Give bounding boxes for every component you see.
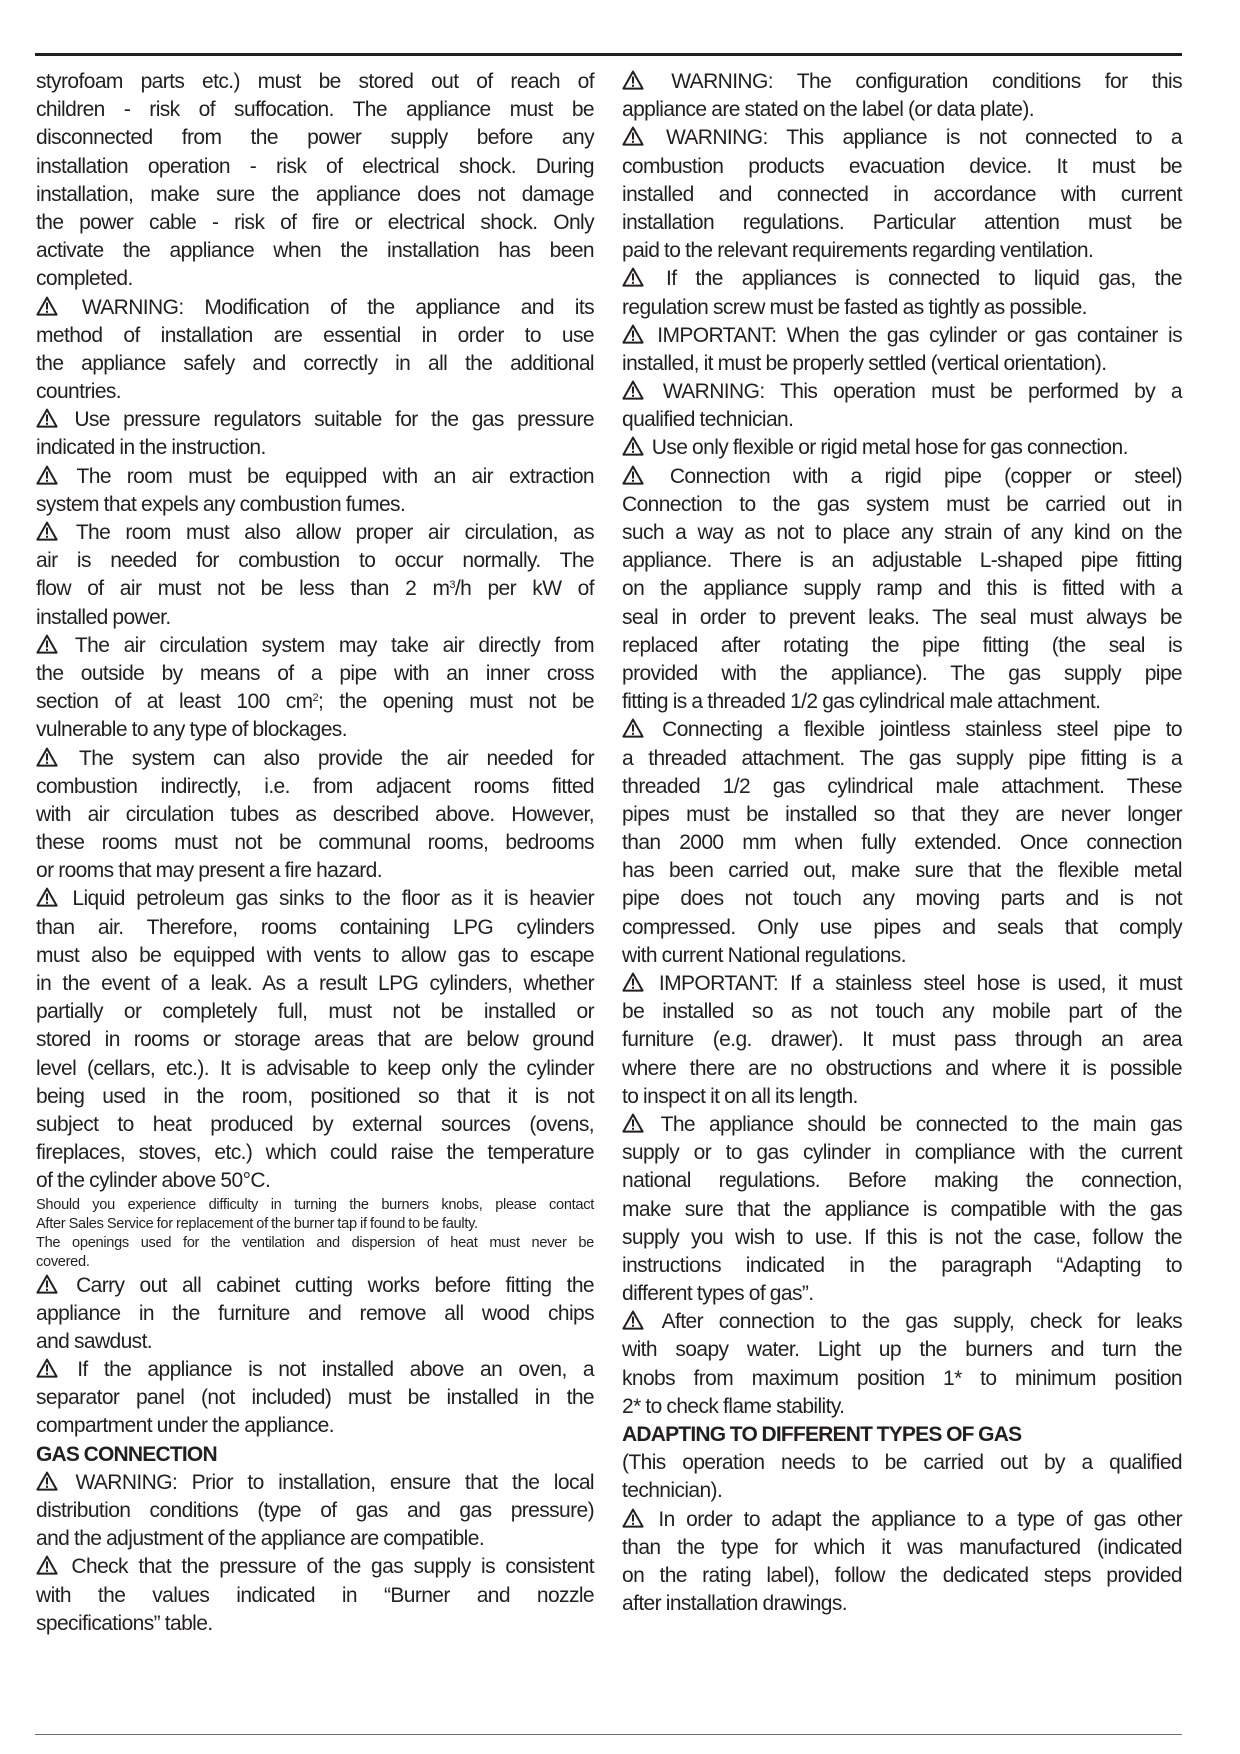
warning-paragraph: Connection with a rigid pipe (copper or … — [622, 463, 1182, 717]
text-line: different types of gas”. — [622, 1280, 1182, 1308]
text-line: where there are no obstructions and wher… — [622, 1055, 1182, 1083]
text-line: system that expels any combustion fumes. — [36, 491, 594, 519]
text-line: The room must also allow proper air circ… — [36, 519, 594, 547]
text-line: installed, it must be properly settled (… — [622, 350, 1182, 378]
text-line: children - risk of suffocation. The appl… — [36, 96, 594, 124]
text-line: being used in the room, positioned so th… — [36, 1083, 594, 1111]
text-line: styrofoam parts etc.) must be stored out… — [36, 68, 594, 96]
warning-triangle-icon — [36, 747, 58, 767]
text-line: specifications” table. — [36, 1610, 594, 1638]
text-line: vulnerable to any type of blockages. — [36, 716, 594, 744]
text-line: knobs from maximum position 1* to minimu… — [622, 1365, 1182, 1393]
warning-triangle-icon — [622, 972, 644, 992]
text-line: completed. — [36, 265, 594, 293]
text-line: installed and connected in accordance wi… — [622, 181, 1182, 209]
paragraph: (This operation needs to be carried out … — [622, 1449, 1182, 1505]
warning-paragraph: Carry out all cabinet cutting works befo… — [36, 1272, 594, 1357]
text-line: Use only flexible or rigid metal hose fo… — [622, 434, 1182, 462]
text-line: with soapy water. Light up the burners a… — [622, 1336, 1182, 1364]
right-column: WARNING: The configuration conditions fo… — [622, 68, 1182, 1618]
text-line: IMPORTANT: When the gas cylinder or gas … — [622, 322, 1182, 350]
text-line: partially or completely full, must not b… — [36, 998, 594, 1026]
warning-paragraph: WARNING: This operation must be performe… — [622, 378, 1182, 434]
warning-triangle-icon — [36, 1471, 58, 1491]
warning-triangle-icon — [622, 465, 644, 485]
warning-triangle-icon — [622, 380, 644, 400]
text-line: the appliance safely and correctly in al… — [36, 350, 594, 378]
text-line: After connection to the gas supply, chec… — [622, 1308, 1182, 1336]
text-line: after installation drawings. — [622, 1590, 1182, 1618]
text-line: regulation screw must be fasted as tight… — [622, 294, 1182, 322]
warning-triangle-icon — [36, 1358, 58, 1378]
warning-paragraph: After connection to the gas supply, chec… — [622, 1308, 1182, 1421]
text-line: paid to the relevant requirements regard… — [622, 237, 1182, 265]
text-line: appliance are stated on the label (or da… — [622, 96, 1182, 124]
text-line: such a way as not to place any strain of… — [622, 519, 1182, 547]
text-line: the power cable - risk of fire or electr… — [36, 209, 594, 237]
text-line: be installed so as not touch any mobile … — [622, 998, 1182, 1026]
text-line: After Sales Service for replacement of t… — [36, 1215, 594, 1234]
warning-paragraph: IMPORTANT: If a stainless steel hose is … — [622, 970, 1182, 1111]
paragraph: The openings used for the ventilation an… — [36, 1234, 594, 1272]
warning-paragraph: WARNING: Modification of the appliance a… — [36, 294, 594, 407]
warning-triangle-icon — [622, 1310, 644, 1330]
warning-triangle-icon — [36, 634, 58, 654]
text-line: supply or to gas cylinder in compliance … — [622, 1139, 1182, 1167]
text-line: indicated in the instruction. — [36, 434, 594, 462]
text-line: covered. — [36, 1253, 594, 1272]
text-line: has been carried out, make sure that the… — [622, 857, 1182, 885]
warning-paragraph: The system can also provide the air need… — [36, 745, 594, 886]
text-line: and sawdust. — [36, 1328, 594, 1356]
text-line: combustion indirectly, i.e. from adjacen… — [36, 773, 594, 801]
paragraph: Should you experience difficulty in turn… — [36, 1196, 594, 1234]
warning-paragraph: If the appliances is connected to liquid… — [622, 265, 1182, 321]
text-line: replaced after rotating the pipe fitting… — [622, 632, 1182, 660]
text-line: with air circulation tubes as described … — [36, 801, 594, 829]
warning-paragraph: Use pressure regulators suitable for the… — [36, 406, 594, 462]
text-line: national regulations. Before making the … — [622, 1167, 1182, 1195]
text-line: the outside by means of a pipe with an i… — [36, 660, 594, 688]
text-line: fireplaces, stoves, etc.) which could ra… — [36, 1139, 594, 1167]
warning-triangle-icon — [622, 126, 644, 146]
warning-triangle-icon — [622, 267, 644, 287]
text-line: Use pressure regulators suitable for the… — [36, 406, 594, 434]
text-line: than the type for which it was manufactu… — [622, 1534, 1182, 1562]
text-line: Connection to the gas system must be car… — [622, 491, 1182, 519]
bottom-rule — [35, 1734, 1182, 1735]
warning-triangle-icon — [36, 1555, 58, 1575]
text-line: If the appliance is not installed above … — [36, 1356, 594, 1384]
warning-triangle-icon — [622, 1113, 644, 1133]
text-line: The appliance should be connected to the… — [622, 1111, 1182, 1139]
text-line: on the appliance supply ramp and this is… — [622, 575, 1182, 603]
text-line: flow of air must not be less than 2 m3/h… — [36, 575, 594, 603]
warning-triangle-icon — [622, 1508, 644, 1528]
text-line: The openings used for the ventilation an… — [36, 1234, 594, 1253]
text-line: provided with the appliance). The gas su… — [622, 660, 1182, 688]
text-line: appliance. There is an adjustable L-shap… — [622, 547, 1182, 575]
warning-paragraph: If the appliance is not installed above … — [36, 1356, 594, 1441]
text-line: WARNING: Prior to installation, ensure t… — [36, 1469, 594, 1497]
text-line: with current National regulations. — [622, 942, 1182, 970]
warning-paragraph: IMPORTANT: When the gas cylinder or gas … — [622, 322, 1182, 378]
text-line: WARNING: This appliance is not connected… — [622, 124, 1182, 152]
warning-paragraph: Check that the pressure of the gas suppl… — [36, 1553, 594, 1638]
text-line: installation operation - risk of electri… — [36, 153, 594, 181]
text-line: to inspect it on all its length. — [622, 1083, 1182, 1111]
text-line: The air circulation system may take air … — [36, 632, 594, 660]
warning-triangle-icon — [622, 70, 644, 90]
text-line: installation regulations. Particular att… — [622, 209, 1182, 237]
text-line: ADAPTING TO DIFFERENT TYPES OF GAS — [622, 1421, 1182, 1449]
section-heading: ADAPTING TO DIFFERENT TYPES OF GAS — [622, 1421, 1182, 1449]
text-line: air is needed for combustion to occur no… — [36, 547, 594, 575]
warning-paragraph: WARNING: This appliance is not connected… — [622, 124, 1182, 265]
warning-paragraph: The room must also allow proper air circ… — [36, 519, 594, 632]
warning-triangle-icon — [36, 465, 58, 485]
text-line: appliance in the furniture and remove al… — [36, 1300, 594, 1328]
warning-paragraph: WARNING: The configuration conditions fo… — [622, 68, 1182, 124]
text-line: disconnected from the power supply befor… — [36, 124, 594, 152]
warning-triangle-icon — [36, 408, 58, 428]
text-line: installed power. — [36, 604, 594, 632]
text-line: separator panel (not included) must be i… — [36, 1384, 594, 1412]
text-line: The system can also provide the air need… — [36, 745, 594, 773]
text-line: (This operation needs to be carried out … — [622, 1449, 1182, 1477]
text-line: compressed. Only use pipes and seals tha… — [622, 914, 1182, 942]
text-line: qualified technician. — [622, 406, 1182, 434]
warning-triangle-icon — [36, 521, 58, 541]
warning-paragraph: The air circulation system may take air … — [36, 632, 594, 745]
text-line: of the cylinder above 50°C. — [36, 1167, 594, 1195]
warning-paragraph: In order to adapt the appliance to a typ… — [622, 1506, 1182, 1619]
text-line: method of installation are essential in … — [36, 322, 594, 350]
text-line: a threaded attachment. The gas supply pi… — [622, 745, 1182, 773]
warning-paragraph: WARNING: Prior to installation, ensure t… — [36, 1469, 594, 1554]
text-line: Check that the pressure of the gas suppl… — [36, 1553, 594, 1581]
text-line: than 2000 mm when fully extended. Once c… — [622, 829, 1182, 857]
warning-paragraph: Connecting a flexible jointless stainles… — [622, 716, 1182, 970]
text-line: Connection with a rigid pipe (copper or … — [622, 463, 1182, 491]
text-line: countries. — [36, 378, 594, 406]
section-heading: GAS CONNECTION — [36, 1441, 594, 1469]
warning-paragraph: The appliance should be connected to the… — [622, 1111, 1182, 1308]
text-line: seal in order to prevent leaks. The seal… — [622, 604, 1182, 632]
warning-triangle-icon — [36, 296, 58, 316]
top-rule — [35, 53, 1182, 56]
text-line: subject to heat produced by external sou… — [36, 1111, 594, 1139]
text-line: these rooms must not be communal rooms, … — [36, 829, 594, 857]
text-line: Connecting a flexible jointless stainles… — [622, 716, 1182, 744]
text-line: WARNING: The configuration conditions fo… — [622, 68, 1182, 96]
text-line: furniture (e.g. drawer). It must pass th… — [622, 1026, 1182, 1054]
text-line: pipes must be installed so that they are… — [622, 801, 1182, 829]
text-line: combustion products evacuation device. I… — [622, 153, 1182, 181]
text-line: on the rating label), follow the dedicat… — [622, 1562, 1182, 1590]
text-line: WARNING: Modification of the appliance a… — [36, 294, 594, 322]
text-line: pipe does not touch any moving parts and… — [622, 885, 1182, 913]
left-column: styrofoam parts etc.) must be stored out… — [36, 68, 594, 1638]
warning-triangle-icon — [36, 1274, 58, 1294]
text-line: make sure that the appliance is compatib… — [622, 1196, 1182, 1224]
text-line: than air. Therefore, rooms containing LP… — [36, 914, 594, 942]
text-line: 2* to check flame stability. — [622, 1393, 1182, 1421]
text-line: The room must be equipped with an air ex… — [36, 463, 594, 491]
text-line: must also be equipped with vents to allo… — [36, 942, 594, 970]
warning-triangle-icon — [36, 887, 58, 907]
text-line: threaded 1/2 gas cylindrical male attach… — [622, 773, 1182, 801]
text-line: compartment under the appliance. — [36, 1412, 594, 1440]
text-line: Carry out all cabinet cutting works befo… — [36, 1272, 594, 1300]
text-line: stored in rooms or storage areas that ar… — [36, 1026, 594, 1054]
warning-triangle-icon — [622, 436, 644, 456]
text-line: supply you wish to use. If this is not t… — [622, 1224, 1182, 1252]
text-line: WARNING: This operation must be performe… — [622, 378, 1182, 406]
text-line: and the adjustment of the appliance are … — [36, 1525, 594, 1553]
text-line: or rooms that may present a fire hazard. — [36, 857, 594, 885]
text-line: in the event of a leak. As a result LPG … — [36, 970, 594, 998]
text-line: Should you experience difficulty in turn… — [36, 1196, 594, 1215]
text-line: installation, make sure the appliance do… — [36, 181, 594, 209]
text-line: In order to adapt the appliance to a typ… — [622, 1506, 1182, 1534]
text-line: Liquid petroleum gas sinks to the floor … — [36, 885, 594, 913]
text-line: fitting is a threaded 1/2 gas cylindrica… — [622, 688, 1182, 716]
warning-paragraph: The room must be equipped with an air ex… — [36, 463, 594, 519]
text-line: instructions indicated in the paragraph … — [622, 1252, 1182, 1280]
text-line: with the values indicated in “Burner and… — [36, 1582, 594, 1610]
warning-paragraph: Use only flexible or rigid metal hose fo… — [622, 434, 1182, 462]
text-line: If the appliances is connected to liquid… — [622, 265, 1182, 293]
warning-paragraph: Liquid petroleum gas sinks to the floor … — [36, 885, 594, 1195]
paragraph: styrofoam parts etc.) must be stored out… — [36, 68, 594, 294]
warning-triangle-icon — [622, 324, 644, 344]
text-line: section of at least 100 cm2; the opening… — [36, 688, 594, 716]
text-line: level (cellars, etc.). It is advisable t… — [36, 1055, 594, 1083]
text-line: distribution conditions (type of gas and… — [36, 1497, 594, 1525]
text-line: activate the appliance when the installa… — [36, 237, 594, 265]
text-line: IMPORTANT: If a stainless steel hose is … — [622, 970, 1182, 998]
text-line: GAS CONNECTION — [36, 1441, 594, 1469]
warning-triangle-icon — [622, 718, 644, 738]
text-line: technician). — [622, 1477, 1182, 1505]
